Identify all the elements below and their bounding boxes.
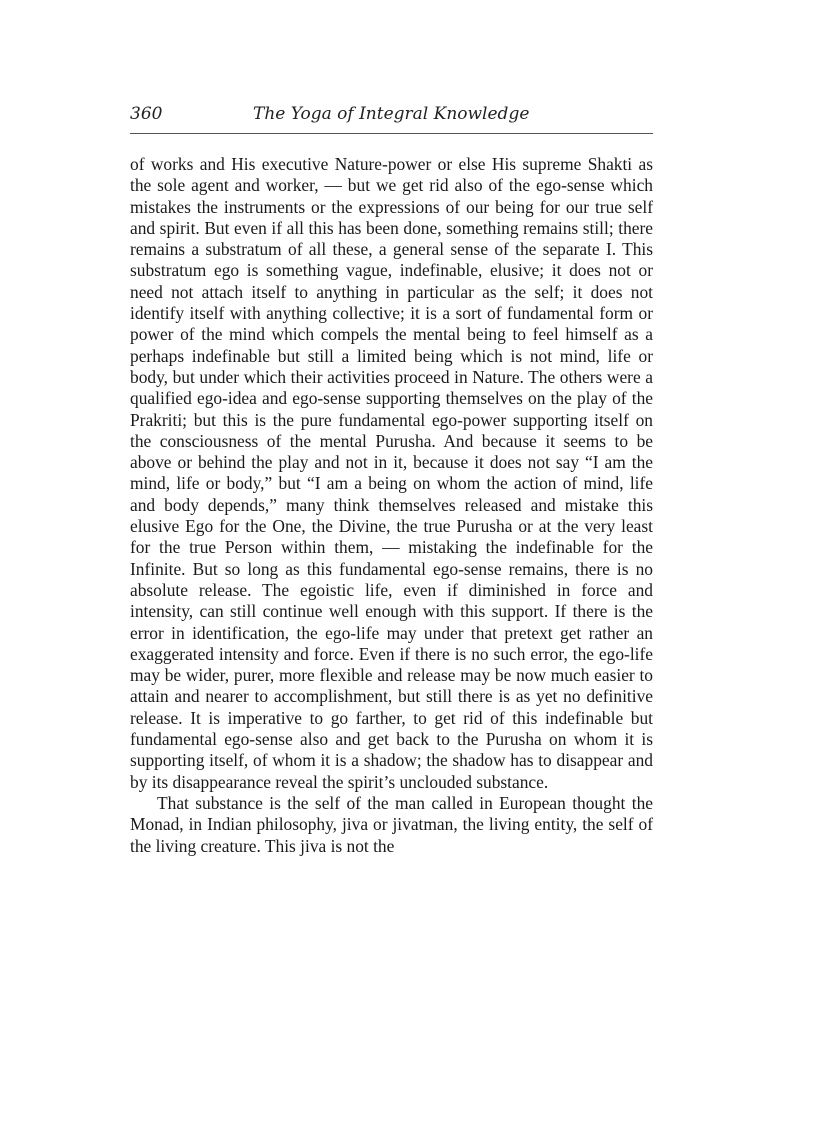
paragraph-continued: of works and His executive Nature-power … [130, 154, 653, 793]
page-number: 360 [130, 104, 162, 124]
running-head: 360 The Yoga of Integral Knowledge [130, 104, 653, 128]
paragraph-monad: That substance is the self of the man ca… [130, 793, 653, 857]
header-rule [130, 133, 653, 134]
body-text: of works and His executive Nature-power … [130, 154, 653, 857]
running-title: The Yoga of Integral Knowledge [253, 104, 529, 124]
